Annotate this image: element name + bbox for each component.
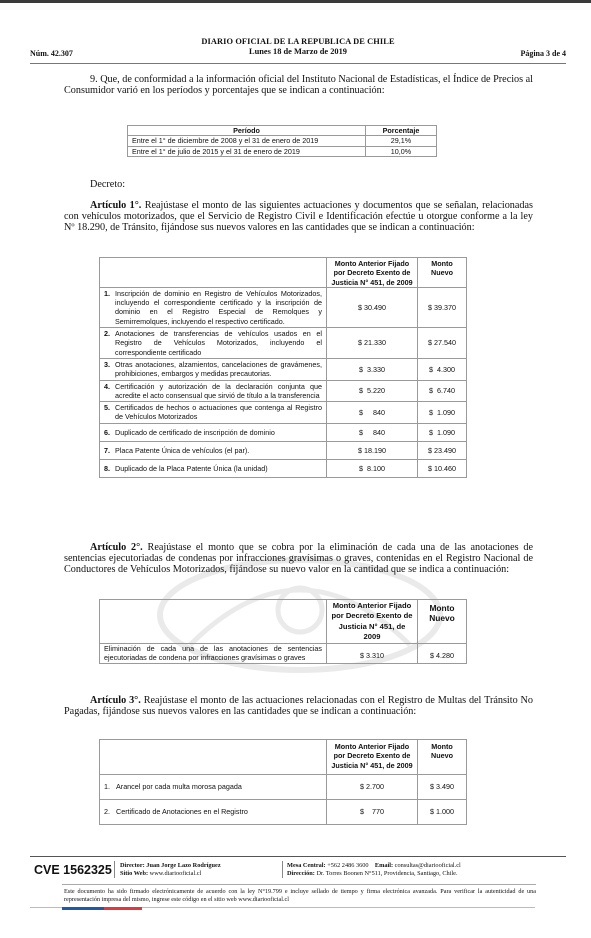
table-row: 1.Inscripción de dominio en Registro de … [100, 287, 467, 327]
col-header-new-amount: Monto Nuevo [418, 740, 467, 775]
new-amount-cell: $ 6.740 [418, 380, 467, 402]
percentage-cell: 29,1% [366, 136, 437, 146]
footer-director-info: Director: Juan Jorge Lazo Rodríguez Siti… [120, 862, 221, 878]
table-row: 6.Duplicado de certificado de inscripció… [100, 423, 467, 441]
description-cell: 7.Placa Patente Única de vehículos (el p… [100, 441, 327, 459]
new-amount-cell: $ 23.490 [418, 441, 467, 459]
description-cell: 8.Duplicado de la Placa Patente Única (l… [100, 459, 327, 477]
fines-registry-table: Monto Anterior Fijado por Decreto Exento… [99, 739, 467, 825]
previous-amount-cell: $ 8.100 [327, 459, 418, 477]
footer-divider [282, 861, 283, 878]
description-cell: 1. Arancel por cada multa morosa pagada [100, 774, 327, 799]
col-header-blank [100, 740, 327, 775]
new-amount-cell: $ 4.300 [418, 358, 467, 380]
period-cell: Entre el 1° de diciembre de 2008 y el 31… [128, 136, 366, 146]
previous-amount-cell: $ 5.220 [327, 380, 418, 402]
newspaper-title: DIARIO OFICIAL DE LA REPUBLICA DE CHILE [30, 37, 566, 46]
table-row: 3.Otras anotaciones, alzamientos, cancel… [100, 358, 467, 380]
previous-amount-cell: $ 3.310 [327, 644, 418, 664]
table-row: 2.Anotaciones de transferencias de vehíc… [100, 328, 467, 359]
page-number: Página 3 de 4 [520, 49, 566, 58]
article-1: Artículo 1°. Reajústase el monto de las … [64, 200, 533, 233]
previous-amount-cell: $ 840 [327, 423, 418, 441]
previous-amount-cell: $ 18.190 [327, 441, 418, 459]
description-cell: 6.Duplicado de certificado de inscripció… [100, 423, 327, 441]
table-row: Eliminación de cada una de las anotacion… [100, 644, 467, 664]
flag-stripe-red [104, 907, 142, 910]
footer-contact-info: Mesa Central: +562 2486 3600 Email: cons… [287, 862, 461, 878]
percentage-cell: 10,0% [366, 146, 437, 156]
period-cell: Entre el 1° de julio de 2015 y el 31 de … [128, 146, 366, 156]
article-3: Artículo 3°. Reajústase el monto de las … [64, 695, 533, 717]
footer-divider [114, 861, 115, 878]
previous-amount-cell: $ 2.700 [327, 774, 418, 799]
ipc-table: Período Porcentaje Entre el 1° de diciem… [127, 125, 437, 157]
description-cell: 3.Otras anotaciones, alzamientos, cancel… [100, 358, 327, 380]
table-row: 2. Certificado de Anotaciones en el Regi… [100, 799, 467, 824]
col-header-previous-amount: Monto Anterior Fijado por Decreto Exento… [327, 600, 418, 644]
description-cell: Eliminación de cada una de las anotacion… [100, 644, 327, 664]
new-amount-cell: $ 1.000 [418, 799, 467, 824]
issue-number: Núm. 42.307 [30, 49, 73, 58]
website-link[interactable]: www.diariooficial.cl [150, 870, 202, 877]
article-2: Artículo 2°. Reajústase el monto que se … [64, 542, 533, 575]
col-header-blank [100, 600, 327, 644]
new-amount-cell: $ 1.090 [418, 402, 467, 424]
email-link[interactable]: consultas@diariooficial.cl [395, 862, 461, 869]
new-amount-cell: $ 10.460 [418, 459, 467, 477]
new-amount-cell: $ 3.490 [418, 774, 467, 799]
new-amount-cell: $ 27.540 [418, 328, 467, 359]
table-row: Entre el 1° de diciembre de 2008 y el 31… [128, 136, 437, 146]
issue-date: Lunes 18 de Marzo de 2019 [30, 47, 566, 56]
vehicle-fees-table: Monto Anterior Fijado por Decreto Exento… [99, 257, 467, 478]
previous-amount-cell: $ 21.330 [327, 328, 418, 359]
top-bar [0, 0, 591, 3]
table-row: 4.Certificación y autorización de la dec… [100, 380, 467, 402]
description-cell: 5.Certificados de hechos o actuaciones q… [100, 402, 327, 424]
table-row: 7.Placa Patente Única de vehículos (el p… [100, 441, 467, 459]
cve-code: CVE 1562325 [34, 863, 112, 877]
legal-notice: Este documento ha sido firmado electróni… [64, 888, 536, 904]
previous-amount-cell: $ 30.490 [327, 287, 418, 327]
footer-rule [30, 856, 566, 857]
new-amount-cell: $ 39.370 [418, 287, 467, 327]
page-header: DIARIO OFICIAL DE LA REPUBLICA DE CHILE … [30, 37, 566, 64]
new-amount-cell: $ 1.090 [418, 423, 467, 441]
previous-amount-cell: $ 840 [327, 402, 418, 424]
previous-amount-cell: $ 3.330 [327, 358, 418, 380]
col-header-new-amount: Monto Nuevo [418, 258, 467, 288]
new-amount-cell: $ 4.280 [418, 644, 467, 664]
decreto-label: Decreto: [64, 179, 533, 190]
previous-amount-cell: $ 770 [327, 799, 418, 824]
col-header-blank [100, 258, 327, 288]
description-cell: 2. Certificado de Anotaciones en el Regi… [100, 799, 327, 824]
description-cell: 2.Anotaciones de transferencias de vehíc… [100, 328, 327, 359]
col-header-new-amount: Monto Nuevo [418, 600, 467, 644]
table-row: 1. Arancel por cada multa morosa pagada … [100, 774, 467, 799]
annotation-removal-table: Monto Anterior Fijado por Decreto Exento… [99, 599, 467, 664]
col-header-previous-amount: Monto Anterior Fijado por Decreto Exento… [327, 258, 418, 288]
col-header-period: Período [128, 126, 366, 136]
flag-stripe-blue [62, 907, 104, 910]
table-row: Entre el 1° de julio de 2015 y el 31 de … [128, 146, 437, 156]
table-row: 8.Duplicado de la Placa Patente Única (l… [100, 459, 467, 477]
col-header-percentage: Porcentaje [366, 126, 437, 136]
paragraph-9: 9. Que, de conformidad a la información … [64, 74, 533, 96]
table-row: 5.Certificados de hechos o actuaciones q… [100, 402, 467, 424]
footer-rule [62, 884, 536, 885]
description-cell: 1.Inscripción de dominio en Registro de … [100, 287, 327, 327]
description-cell: 4.Certificación y autorización de la dec… [100, 380, 327, 402]
col-header-previous-amount: Monto Anterior Fijado por Decreto Exento… [327, 740, 418, 775]
